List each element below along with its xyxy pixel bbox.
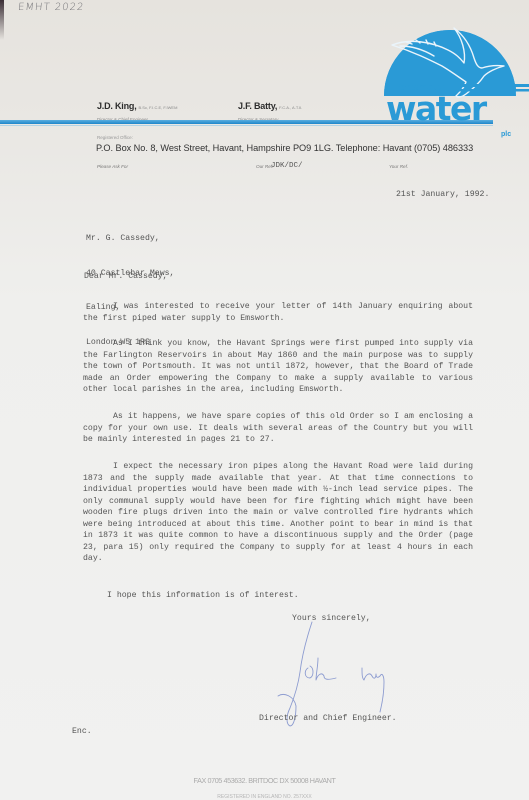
paragraph-text: As I think you know, the Havant Springs … <box>83 338 473 396</box>
recipient-line: Mr. G. Cassedy, <box>86 233 174 245</box>
paragraph-1: I was interested to receive your letter … <box>83 301 473 324</box>
your-ref-label: Your Ref. <box>389 164 408 169</box>
footer-fax-line: FAX 0705 453632. BRITDOC DX 50008 HAVANT <box>0 776 529 785</box>
signatory-title: Director and Chief Engineer. <box>259 713 397 725</box>
logo-water-text: water <box>386 89 488 128</box>
our-ref-value: JDK/DC/ <box>271 162 303 170</box>
paragraph-2: As I think you know, the Havant Springs … <box>83 338 473 396</box>
handwritten-reference: EMHT 2022 <box>17 2 84 13</box>
letterhead-person-batty: J.F. Batty,F.C.A., A.T.II. Director & Se… <box>238 96 302 122</box>
letter-page: EMHT 2022 J.D. King,B.Sc, F.I.C.E, F.IWE… <box>0 0 529 800</box>
paragraph-3: As it happens, we have spare copies of t… <box>83 411 473 446</box>
registered-office-label: Registered Office: <box>97 135 133 140</box>
person-name: J.F. Batty, <box>238 101 277 111</box>
paragraph-text: I expect the necessary iron pipes along … <box>83 461 473 565</box>
please-ask-for-label: Please Ask For <box>97 164 128 169</box>
person-qualifications: F.C.A., A.T.II. <box>279 105 302 110</box>
paragraph-text: I was interested to receive your letter … <box>83 301 473 324</box>
enclosure-note: Enc. <box>72 726 92 738</box>
logo-plc-text: plc <box>501 131 511 138</box>
portsmouth-water-logo: Portsmouth water plc <box>370 0 529 140</box>
footer-registration-line: REGISTERED IN ENGLAND NO. 257XXX <box>0 794 529 800</box>
paragraph-5: I hope this information is of interest. <box>83 590 299 602</box>
paragraph-text: As it happens, we have spare copies of t… <box>83 411 473 446</box>
person-name: J.D. King, <box>97 101 137 111</box>
salutation: Dear Mr. Cassedy, <box>84 271 168 283</box>
letter-date: 21st January, 1992. <box>396 189 489 201</box>
page-edge-shadow <box>0 0 4 40</box>
paragraph-4: I expect the necessary iron pipes along … <box>83 461 473 565</box>
company-address: P.O. Box No. 8, West Street, Havant, Ham… <box>96 143 473 153</box>
letterhead-person-king: J.D. King,B.Sc, F.I.C.E, F.IWEM Director… <box>97 96 177 122</box>
person-qualifications: B.Sc, F.I.C.E, F.IWEM <box>139 105 178 110</box>
